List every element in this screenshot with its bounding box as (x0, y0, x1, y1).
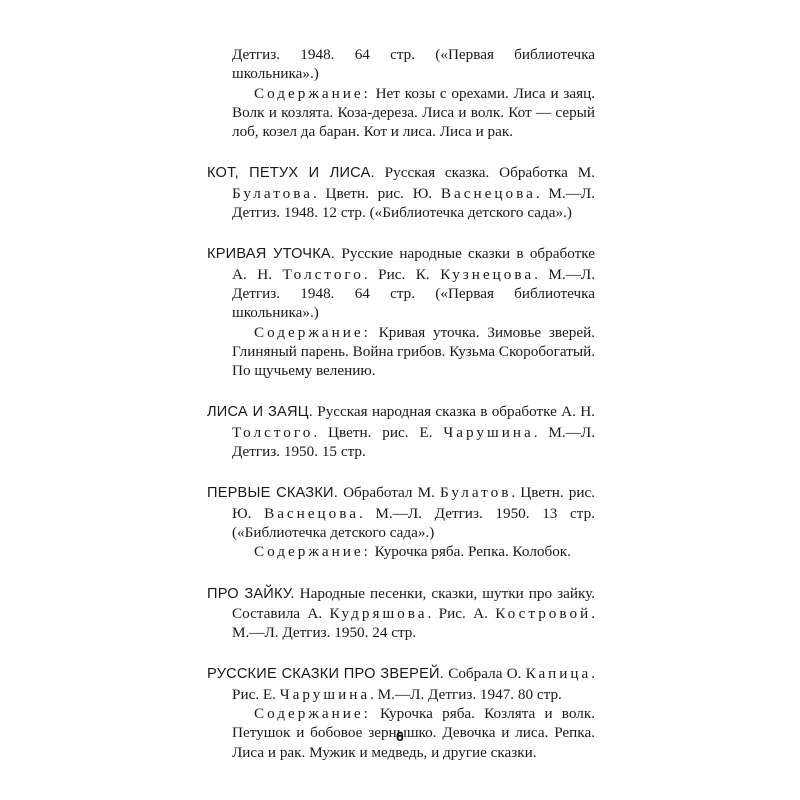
person-name: Костровой (495, 605, 591, 622)
book-page: Детгиз. 1948. 64 стр. («Первая библиотеч… (207, 45, 595, 784)
bibliography-entry: РУССКИЕ СКАЗКИ ПРО ЗВЕРЕЙ. Собрала О. Ка… (207, 664, 595, 761)
bibliography-entry: КРИВАЯ УТОЧКА. Русские народные сказки в… (207, 244, 595, 380)
entry-description: Детгиз. 1948. 64 стр. («Первая библиотеч… (207, 45, 595, 84)
entry-contents: Содержание: Кривая уточка. Зимовье звере… (207, 323, 595, 381)
person-name: Капица (526, 665, 592, 682)
contents-label: Содержание: (254, 85, 371, 102)
person-name: Васнецова (264, 505, 359, 522)
bibliography-entry: ПРО ЗАЙКУ. Народные песенки, сказки, шут… (207, 584, 595, 643)
entry-contents: Содержание: Нет козы с орехами. Лиса и з… (207, 84, 595, 142)
entry-description: ПРО ЗАЙКУ. Народные песенки, сказки, шут… (207, 584, 595, 643)
entry-title: ПРО ЗАЙКУ. (207, 586, 295, 602)
bibliography-entry: ПЕРВЫЕ СКАЗКИ. Обработал М. Булатов. Цве… (207, 483, 595, 561)
entry-title: КРИВАЯ УТОЧКА. (207, 246, 335, 262)
contents-label: Содержание: (254, 324, 371, 341)
bibliography-entry: ЛИСА И ЗАЯЦ. Русская народная сказка в о… (207, 402, 595, 461)
entries-list: КОТ, ПЕТУХ И ЛИСА. Русская сказка. Обраб… (207, 163, 595, 761)
contents-label: Содержание: (254, 705, 371, 722)
entry-title: ЛИСА И ЗАЯЦ. (207, 404, 313, 420)
entry-title: ПЕРВЫЕ СКАЗКИ. (207, 485, 338, 501)
person-name: Толстого (283, 266, 364, 283)
person-name: Васнецова (441, 185, 536, 202)
entry-description: ПЕРВЫЕ СКАЗКИ. Обработал М. Булатов. Цве… (207, 483, 595, 542)
bibliography-entry: КОТ, ПЕТУХ И ЛИСА. Русская сказка. Обраб… (207, 163, 595, 222)
page-number: 6 (396, 728, 404, 744)
entry-description: ЛИСА И ЗАЯЦ. Русская народная сказка в о… (207, 402, 595, 461)
person-name: Булатова (232, 185, 313, 202)
person-name: Кузнецова (440, 266, 534, 283)
person-name: Булатов (440, 484, 511, 501)
entry-continuation: Детгиз. 1948. 64 стр. («Первая библиотеч… (207, 45, 595, 141)
person-name: Чарушина (443, 424, 533, 441)
entry-contents: Содержание: Курочка ряба. Репка. Колобок… (207, 542, 595, 561)
entry-description: КРИВАЯ УТОЧКА. Русские народные сказки в… (207, 244, 595, 322)
entry-description: РУССКИЕ СКАЗКИ ПРО ЗВЕРЕЙ. Собрала О. Ка… (207, 664, 595, 704)
entry-title: РУССКИЕ СКАЗКИ ПРО ЗВЕРЕЙ. (207, 666, 444, 682)
contents-label: Содержание: (254, 543, 371, 560)
person-name: Чарушина (280, 686, 370, 703)
entry-title: КОТ, ПЕТУХ И ЛИСА. (207, 165, 375, 181)
person-name: Толстого (232, 424, 313, 441)
entry-description: КОТ, ПЕТУХ И ЛИСА. Русская сказка. Обраб… (207, 163, 595, 222)
person-name: Кудряшова (330, 605, 428, 622)
